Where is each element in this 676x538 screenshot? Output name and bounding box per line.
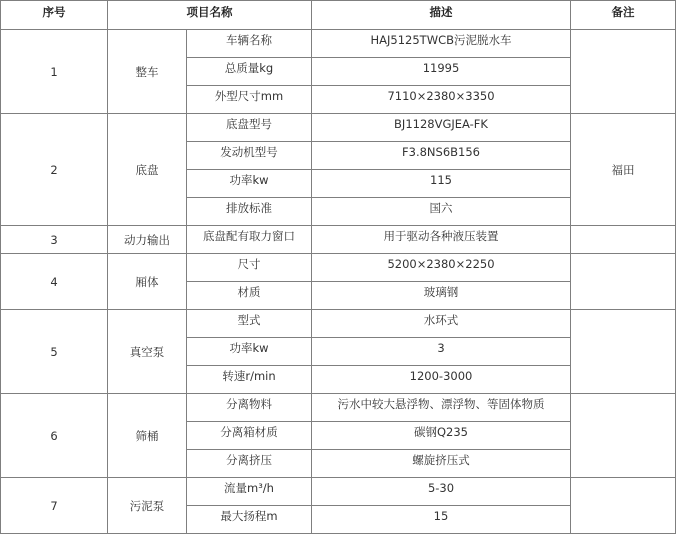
param-name: 型式 xyxy=(187,310,312,338)
group-name: 底盘 xyxy=(108,114,187,226)
param-name: 分离物料 xyxy=(187,394,312,422)
param-name: 底盘型号 xyxy=(187,114,312,142)
param-name: 分离挤压 xyxy=(187,450,312,478)
param-name: 分离箱材质 xyxy=(187,422,312,450)
param-value: 碳钢Q235 xyxy=(312,422,571,450)
param-value: 玻璃钢 xyxy=(312,282,571,310)
group-note xyxy=(571,226,676,254)
group-name: 筛桶 xyxy=(108,394,187,478)
group-name: 污泥泵 xyxy=(108,478,187,534)
table-row: 3 动力输出 底盘配有取力窗口 用于驱动各种液压装置 xyxy=(1,226,676,254)
header-note: 备注 xyxy=(571,1,676,30)
table-row: 4 厢体 尺寸 5200×2380×2250 xyxy=(1,254,676,282)
param-name: 发动机型号 xyxy=(187,142,312,170)
param-name: 功率kw xyxy=(187,170,312,198)
param-value: 污水中较大悬浮物、漂浮物、等固体物质 xyxy=(312,394,571,422)
param-value: BJ1128VGJEA-FK xyxy=(312,114,571,142)
table-row: 5 真空泵 型式 水环式 xyxy=(1,310,676,338)
header-no: 序号 xyxy=(1,1,108,30)
param-name: 车辆名称 xyxy=(187,30,312,58)
param-value: 1200-3000 xyxy=(312,366,571,394)
group-no: 6 xyxy=(1,394,108,478)
table-row: 7 污泥泵 流量m³/h 5-30 xyxy=(1,478,676,506)
group-no: 4 xyxy=(1,254,108,310)
group-no: 5 xyxy=(1,310,108,394)
param-name: 最大扬程m xyxy=(187,506,312,534)
group-no: 2 xyxy=(1,114,108,226)
param-value: 7110×2380×3350 xyxy=(312,86,571,114)
group-name: 真空泵 xyxy=(108,310,187,394)
param-value: 用于驱动各种液压装置 xyxy=(312,226,571,254)
group-note xyxy=(571,478,676,534)
param-name: 底盘配有取力窗口 xyxy=(187,226,312,254)
header-item: 项目名称 xyxy=(108,1,312,30)
param-name: 功率kw xyxy=(187,338,312,366)
param-value: 3 xyxy=(312,338,571,366)
param-value: 国六 xyxy=(312,198,571,226)
group-name: 整车 xyxy=(108,30,187,114)
spec-table: 序号 项目名称 描述 备注 1 整车 车辆名称 HAJ5125TWCB污泥脱水车… xyxy=(0,0,676,534)
group-name: 动力输出 xyxy=(108,226,187,254)
param-value: 11995 xyxy=(312,58,571,86)
param-name: 流量m³/h xyxy=(187,478,312,506)
table-row: 6 筛桶 分离物料 污水中较大悬浮物、漂浮物、等固体物质 xyxy=(1,394,676,422)
param-name: 材质 xyxy=(187,282,312,310)
header-desc: 描述 xyxy=(312,1,571,30)
param-name: 外型尺寸mm xyxy=(187,86,312,114)
group-no: 7 xyxy=(1,478,108,534)
group-no: 1 xyxy=(1,30,108,114)
group-note xyxy=(571,254,676,310)
param-name: 转速r/min xyxy=(187,366,312,394)
group-note xyxy=(571,30,676,114)
param-value: F3.8NS6B156 xyxy=(312,142,571,170)
param-value: 5-30 xyxy=(312,478,571,506)
param-name: 排放标准 xyxy=(187,198,312,226)
param-name: 尺寸 xyxy=(187,254,312,282)
group-name: 厢体 xyxy=(108,254,187,310)
group-note: 福田 xyxy=(571,114,676,226)
group-note xyxy=(571,394,676,478)
header-row: 序号 项目名称 描述 备注 xyxy=(1,1,676,30)
param-value: 115 xyxy=(312,170,571,198)
param-value: 5200×2380×2250 xyxy=(312,254,571,282)
group-no: 3 xyxy=(1,226,108,254)
param-value: HAJ5125TWCB污泥脱水车 xyxy=(312,30,571,58)
table-row: 2 底盘 底盘型号 BJ1128VGJEA-FK 福田 xyxy=(1,114,676,142)
table-row: 1 整车 车辆名称 HAJ5125TWCB污泥脱水车 xyxy=(1,30,676,58)
param-value: 螺旋挤压式 xyxy=(312,450,571,478)
param-name: 总质量kg xyxy=(187,58,312,86)
group-note xyxy=(571,310,676,394)
param-value: 15 xyxy=(312,506,571,534)
param-value: 水环式 xyxy=(312,310,571,338)
